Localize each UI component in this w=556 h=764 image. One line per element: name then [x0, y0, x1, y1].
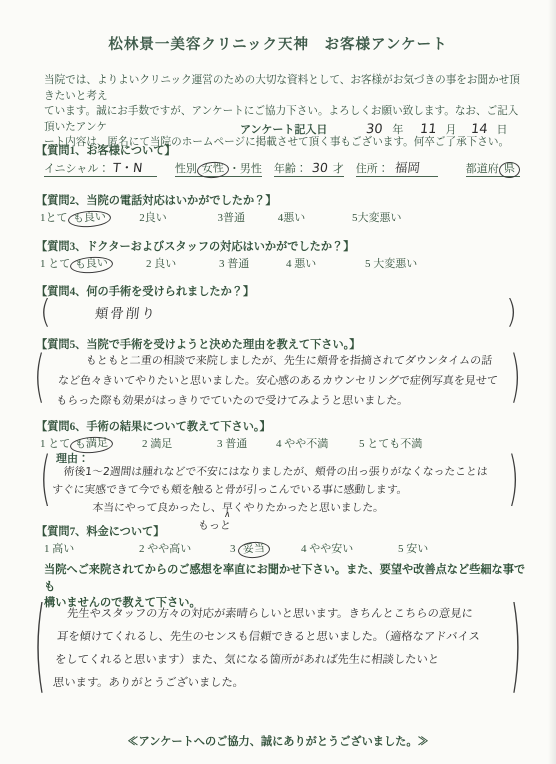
feedback-comment-text: 先生やスタッフの方々の対応が素晴らしいと思います。きちんとこちらの意見に 耳を傾… [52, 602, 510, 694]
date-year-unit: 年 [392, 124, 403, 136]
initial-value: T・N [108, 158, 157, 176]
q3-option-3: 3 普通 [219, 258, 249, 270]
q6-insertion-text: もっと [197, 517, 232, 533]
q7-option-3-number: 3 [230, 543, 236, 555]
q2-option-1: 1とても良い [40, 212, 111, 224]
comment-line: 先生やスタッフの方々の対応が素晴らしいと思います。きちんとこちらの意見に [58, 602, 510, 625]
q2-selected-circle: も良い [67, 210, 111, 229]
date-label: アンケート記入日 [240, 124, 327, 136]
open-paren: ( [40, 450, 51, 509]
q5-answer-text: もともと二重の相談で来院しましたが、先生に頬骨を指摘されてダウンタイムの話 など… [55, 351, 508, 411]
q7-option-3: 3 妥当 [230, 543, 270, 555]
comment-line: をしてくれると思います）また、気になる箇所があれば先生に相談したいと [54, 648, 506, 671]
age-value: 30 [306, 160, 333, 175]
close-paren: ) [510, 349, 521, 405]
q6-reason-line: すぐに実感できて今でも頬を触ると骨が引っこんでいる事に感動します。 [51, 481, 505, 499]
q7-options: 1 高い 2 やや高い 3 妥当 4 やや安い 5 安い [44, 540, 428, 558]
comment-line: 耳を傾けてくれるし、先生のセンスも信頼できると思いました。（適格なアドバイス [56, 625, 508, 648]
address-field: 住所：福岡 [356, 163, 438, 177]
open-paren: ( [34, 598, 46, 700]
q5-line: もらった際も効果がはっきりでていたので受けてみようと思いました。 [55, 391, 505, 411]
survey-sheet: 松林景一美容クリニック天神 お客様アンケート 当院では、よりよいクリニック運営の… [0, 0, 556, 764]
open-paren: ( [40, 296, 51, 328]
intro-paragraph: 当院では、よりよいクリニック運営のための大切な資料として、お客様がお気づきの事を… [44, 73, 526, 151]
close-paren: ) [506, 296, 517, 328]
q2-option-1-label: 1とて [40, 212, 68, 224]
open-paren: ( [34, 349, 45, 405]
age-unit: 才 [333, 163, 344, 175]
age-label: 年齢： [274, 163, 307, 175]
q7-heading: 【質問7、料金について】 [36, 523, 164, 539]
gender-circle-mark: 女性 [196, 161, 229, 179]
q3-options: 1 とても良い 2 良い 3 普通 4 悪い 5 大変悪い [40, 255, 417, 273]
q7-selected-circle: 妥当 [238, 541, 271, 559]
q3-option-2: 2 良い [146, 258, 176, 270]
q2-heading: 【質問2、当院の電話対応はいかがでしたか？】 [36, 192, 277, 208]
q2-option-4: 4悪い [278, 212, 306, 224]
date-month-value: 11 [419, 122, 437, 137]
address-label: 住所： [356, 163, 389, 175]
q1-answer-row: イニシャル：T・N性別女性・男性年齢：30才住所：福岡都道府県 [44, 158, 520, 178]
date-day-value: 14 [470, 122, 488, 137]
q6-reason-text: 術後1～2週間は腫れなどで不安にはなりましたが、頬骨の出っ張りがなくなったことは… [50, 463, 507, 517]
q6-reason-line: 本当にやって良かったし、早くやりたかったと思いました。 [50, 499, 504, 517]
intro-line: 当院では、よりよいクリニック運営のための大切な資料として、お客様がお気づきの事を… [44, 73, 526, 104]
date-year-value: 30 [365, 122, 383, 137]
initial-label: イニシャル： [44, 163, 109, 175]
q4-answer-box: ( ) 頬骨削り [0, 294, 556, 336]
date-row: アンケート記入日 30 年 11 月 14 日 [240, 121, 507, 137]
feedback-request-line: 当院へご来院されてからのご感想を率直にお聞かせ下さい。また、要望や改善点など些細… [44, 562, 530, 595]
feedback-comment-box: ( ) 先生やスタッフの方々の対応が素晴らしいと思います。きちんとこちらの意見に… [0, 596, 556, 726]
comment-line: 思います。ありがとうございました。 [52, 671, 504, 694]
q5-line: など色々きいてやりたいと思いました。安心感のあるカウンセリングで症例写真を見せて [57, 371, 507, 391]
date-day-unit: 日 [496, 124, 507, 136]
closing-message: ≪アンケートへのご協力、誠にありがとうございました。≫ [0, 733, 556, 749]
gender-label: 性別 [175, 163, 197, 175]
q2-option-2: 2良い [139, 212, 167, 224]
q1-heading: 【質問1、お客様について】 [36, 142, 176, 158]
prefecture-label: 都道府 [466, 163, 499, 175]
q7-option-1: 1 高い [44, 543, 74, 555]
q3-option-5: 5 大変悪い [365, 258, 417, 270]
q5-line: もともと二重の相談で来院しましたが、先生に頬骨を指摘されてダウンタイムの話 [59, 351, 509, 371]
q3-option-4: 4 悪い [286, 258, 316, 270]
gender-field: 性別女性・男性 [175, 163, 262, 177]
q3-selected-circle: も良い [70, 256, 114, 275]
initial-field: イニシャル：T・N [44, 163, 157, 177]
q3-heading: 【質問3、ドクターおよびスタッフの対応はいかがでしたか？】 [36, 238, 354, 254]
q7-option-2: 2 やや高い [139, 543, 191, 555]
close-paren: ) [510, 598, 522, 700]
gender-rest-label: ・男性 [229, 163, 262, 175]
q3-option-1: 1 とても良い [40, 258, 113, 270]
q2-options: 1とても良い 2良い 3普通 4悪い 5大変悪い [40, 209, 402, 227]
survey-title: 松林景一美容クリニック天神 お客様アンケート [0, 33, 556, 54]
q6-reason-box: ( ) 理由： 術後1～2週間は腫れなどで不安にはなりましたが、頬骨の出っ張りが… [0, 448, 556, 534]
age-field: 年齢：30才 [274, 163, 344, 177]
q5-answer-box: ( ) もともと二重の相談で来院しましたが、先生に頬骨を指摘されてダウンタイムの… [0, 347, 556, 417]
q6-heading: 【質問6、手術の結果について教えて下さい。】 [36, 418, 271, 434]
q6-reason-line: 術後1～2週間は腫れなどで不安にはなりましたが、頬骨の出っ張りがなくなったことは [53, 463, 507, 481]
q7-option-5: 5 安い [398, 543, 428, 555]
q2-option-3: 3普通 [218, 212, 246, 224]
prefecture-field: 都道府県 [466, 163, 520, 177]
q7-option-4: 4 やや安い [301, 543, 353, 555]
q4-answer-value: 頬骨削り [94, 302, 158, 322]
q2-option-5: 5大変悪い [352, 212, 402, 224]
close-paren: ) [508, 450, 519, 509]
address-value: 福岡 [388, 158, 439, 176]
prefecture-circle-mark: 県 [498, 161, 520, 179]
q3-option-1-label: 1 とて [40, 258, 70, 270]
date-month-unit: 月 [445, 124, 456, 136]
